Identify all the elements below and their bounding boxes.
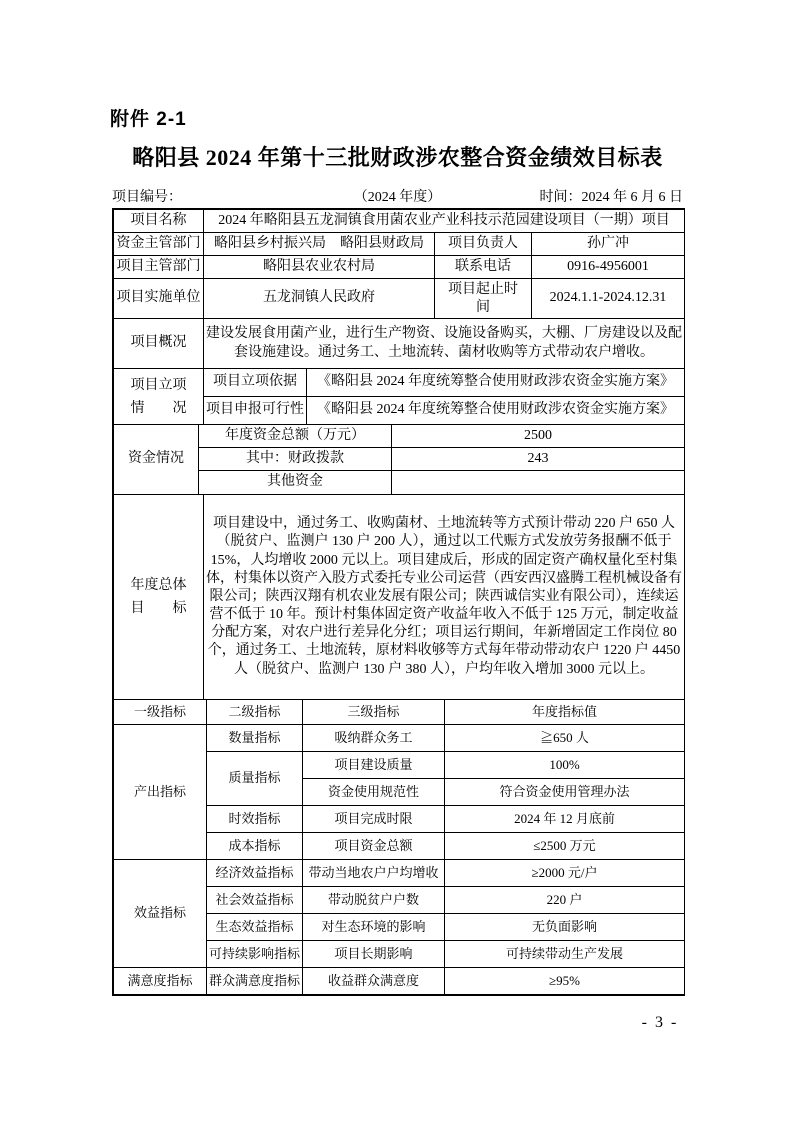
approval-feasibility-value-cell: 《略阳县 2024 年度统筹整合使用财政涉农资金实施方案》: [307, 397, 685, 425]
indicators-header-row: 一级指标 二级指标 三级指标 年度指标值: [114, 700, 685, 725]
social-indicator-value-cell: 220 户: [445, 887, 685, 914]
fund-dept-label-cell: 资金主管部门: [114, 233, 204, 256]
annual-goal-section: 年度总体 目 标 项目建设中，通过务工、收购菌材、土地流转等方式预计带动 220…: [113, 494, 685, 700]
phone-value-cell: 0916-4956001: [532, 256, 685, 279]
sustain-indicator-label-cell: 可持续影响指标: [207, 941, 303, 968]
table-row: 项目实施单位 五龙洞镇人民政府 项目起止时间 2024.1.1-2024.12.…: [114, 279, 685, 319]
quantity-indicator-name-cell: 吸纳群众务工: [303, 725, 445, 752]
phone-label-cell: 联系电话: [435, 256, 532, 279]
time-indicator-name-cell: 项目完成时限: [303, 806, 445, 833]
approval-section-label-cell: 项目立项 情 况: [114, 369, 204, 425]
page-number: - 3 -: [630, 1014, 690, 1032]
attachment-label: 附件 2-1: [110, 104, 187, 131]
table-row: 年度总体 目 标 项目建设中，通过务工、收购菌材、土地流转等方式预计带动 220…: [114, 495, 685, 700]
impl-unit-label-cell: 项目实施单位: [114, 279, 204, 319]
period-value-cell: 2024.1.1-2024.12.31: [532, 279, 685, 319]
header-value-cell: 年度指标值: [445, 700, 685, 725]
eco-indicator-value-cell: 无负面影响: [445, 914, 685, 941]
project-dept-label-cell: 项目主管部门: [114, 256, 204, 279]
funding-section: 资金情况 年度资金总额（万元） 2500 其中：财政拨款 243 其他资金: [113, 424, 685, 495]
info-section: 项目名称 2024 年略阳县五龙洞镇食用菌农业产业科技示范园建设项目（一期）项目…: [113, 209, 685, 369]
project-number-label: 项目编号：: [112, 186, 354, 206]
funding-fiscal-label-cell: 其中：财政拨款: [199, 448, 392, 471]
satisfaction-indicator-label-cell: 满意度指标: [114, 968, 207, 995]
funding-section-label-cell: 资金情况: [114, 425, 199, 495]
annual-goal-label-cell: 年度总体 目 标: [114, 495, 204, 700]
approval-basis-value-cell: 《略阳县 2024 年度统筹整合使用财政涉农资金实施方案》: [307, 369, 685, 397]
approval-label-line1: 项目立项: [116, 374, 201, 397]
table-row: 项目主管部门 略阳县农业农村局 联系电话 0916-4956001: [114, 256, 685, 279]
overview-value-cell: 建设发展食用菌产业，进行生产物资、设施设备购买，大棚、厂房建设以及配套设施建设。…: [204, 319, 685, 369]
quality1-indicator-value-cell: 100%: [445, 752, 685, 779]
output-indicator-label-cell: 产出指标: [114, 725, 207, 860]
page-title: 略阳县 2024 年第十三批财政涉农整合资金绩效目标表: [100, 141, 695, 172]
table-row: 效益指标 经济效益指标 带动当地农户户均增收 ≥2000 元/户: [114, 860, 685, 887]
leader-label-cell: 项目负责人: [435, 233, 532, 256]
table-row: 项目名称 2024 年略阳县五龙洞镇食用菌农业产业科技示范园建设项目（一期）项目: [114, 210, 685, 233]
document-page: 附件 2-1 略阳县 2024 年第十三批财政涉农整合资金绩效目标表 项目编号：…: [0, 0, 793, 1122]
approval-basis-label-cell: 项目立项依据: [204, 369, 307, 397]
overview-label-cell: 项目概况: [114, 319, 204, 369]
performance-target-table: 项目名称 2024 年略阳县五龙洞镇食用菌农业产业科技示范园建设项目（一期）项目…: [112, 208, 685, 996]
social-indicator-label-cell: 社会效益指标: [207, 887, 303, 914]
benefit-indicator-label-cell: 效益指标: [114, 860, 207, 968]
social-indicator-name-cell: 带动脱贫户户数: [303, 887, 445, 914]
economic-indicator-label-cell: 经济效益指标: [207, 860, 303, 887]
economic-indicator-value-cell: ≥2000 元/户: [445, 860, 685, 887]
meta-row: 项目编号： （2024 年度） 时间：2024 年 6 月 6 日: [112, 186, 683, 206]
quality-indicator-label-cell: 质量指标: [207, 752, 303, 806]
header-level1-cell: 一级指标: [114, 700, 207, 725]
leader-value-cell: 孙广冲: [532, 233, 685, 256]
year-label: （2024 年度）: [354, 186, 442, 206]
table-row: 项目立项 情 况 项目立项依据 《略阳县 2024 年度统筹整合使用财政涉农资金…: [114, 369, 685, 397]
funding-other-value-cell: [392, 471, 685, 495]
cost-indicator-value-cell: ≤2500 万元: [445, 833, 685, 860]
date-label: 时间：2024 年 6 月 6 日: [441, 186, 683, 206]
table-row: 其中：财政拨款 243: [114, 448, 685, 471]
header-level3-cell: 三级指标: [303, 700, 445, 725]
approval-label-line2: 情 况: [116, 397, 201, 420]
sustain-indicator-value-cell: 可持续带动生产发展: [445, 941, 685, 968]
annual-goal-text-cell: 项目建设中，通过务工、收购菌材、土地流转等方式预计带动 220 户 650 人（…: [204, 495, 685, 700]
quantity-indicator-value-cell: ≧650 人: [445, 725, 685, 752]
cost-indicator-name-cell: 项目资金总额: [303, 833, 445, 860]
annual-goal-label-line1: 年度总体: [116, 574, 201, 597]
indicators-section: 一级指标 二级指标 三级指标 年度指标值 产出指标 数量指标 吸纳群众务工 ≧6…: [113, 699, 685, 995]
project-name-value-cell: 2024 年略阳县五龙洞镇食用菌农业产业科技示范园建设项目（一期）项目: [204, 210, 685, 233]
approval-section: 项目立项 情 况 项目立项依据 《略阳县 2024 年度统筹整合使用财政涉农资金…: [113, 368, 685, 425]
project-name-label-cell: 项目名称: [114, 210, 204, 233]
economic-indicator-name-cell: 带动当地农户户均增收: [303, 860, 445, 887]
annual-goal-label-line2: 目 标: [116, 597, 201, 620]
cost-indicator-label-cell: 成本指标: [207, 833, 303, 860]
table-row: 其他资金: [114, 471, 685, 495]
table-row: 资金主管部门 略阳县乡村振兴局 略阳县财政局 项目负责人 孙广冲: [114, 233, 685, 256]
quantity-indicator-label-cell: 数量指标: [207, 725, 303, 752]
sustain-indicator-name-cell: 项目长期影响: [303, 941, 445, 968]
table-row: 资金情况 年度资金总额（万元） 2500: [114, 425, 685, 448]
funding-other-label-cell: 其他资金: [199, 471, 392, 495]
eco-indicator-name-cell: 对生态环境的影响: [303, 914, 445, 941]
project-dept-value-cell: 略阳县农业农村局: [204, 256, 435, 279]
table-row: 产出指标 数量指标 吸纳群众务工 ≧650 人: [114, 725, 685, 752]
header-level2-cell: 二级指标: [207, 700, 303, 725]
funding-fiscal-value-cell: 243: [392, 448, 685, 471]
quality2-indicator-value-cell: 符合资金使用管理办法: [445, 779, 685, 806]
satisfaction-level2-label-cell: 群众满意度指标: [207, 968, 303, 995]
fund-dept-value-cell: 略阳县乡村振兴局 略阳县财政局: [204, 233, 435, 256]
impl-unit-value-cell: 五龙洞镇人民政府: [204, 279, 435, 319]
quality2-indicator-name-cell: 资金使用规范性: [303, 779, 445, 806]
satisfaction-indicator-value-cell: ≥95%: [445, 968, 685, 995]
satisfaction-indicator-name-cell: 收益群众满意度: [303, 968, 445, 995]
period-label-cell: 项目起止时间: [435, 279, 532, 319]
time-indicator-value-cell: 2024 年 12 月底前: [445, 806, 685, 833]
quality1-indicator-name-cell: 项目建设质量: [303, 752, 445, 779]
approval-feasibility-label-cell: 项目申报可行性: [204, 397, 307, 425]
period-label-text: 项目起止时间: [448, 281, 518, 317]
eco-indicator-label-cell: 生态效益指标: [207, 914, 303, 941]
funding-total-label-cell: 年度资金总额（万元）: [199, 425, 392, 448]
table-row: 满意度指标 群众满意度指标 收益群众满意度 ≥95%: [114, 968, 685, 995]
table-row: 项目概况 建设发展食用菌产业，进行生产物资、设施设备购买，大棚、厂房建设以及配套…: [114, 319, 685, 369]
time-indicator-label-cell: 时效指标: [207, 806, 303, 833]
funding-total-value-cell: 2500: [392, 425, 685, 448]
